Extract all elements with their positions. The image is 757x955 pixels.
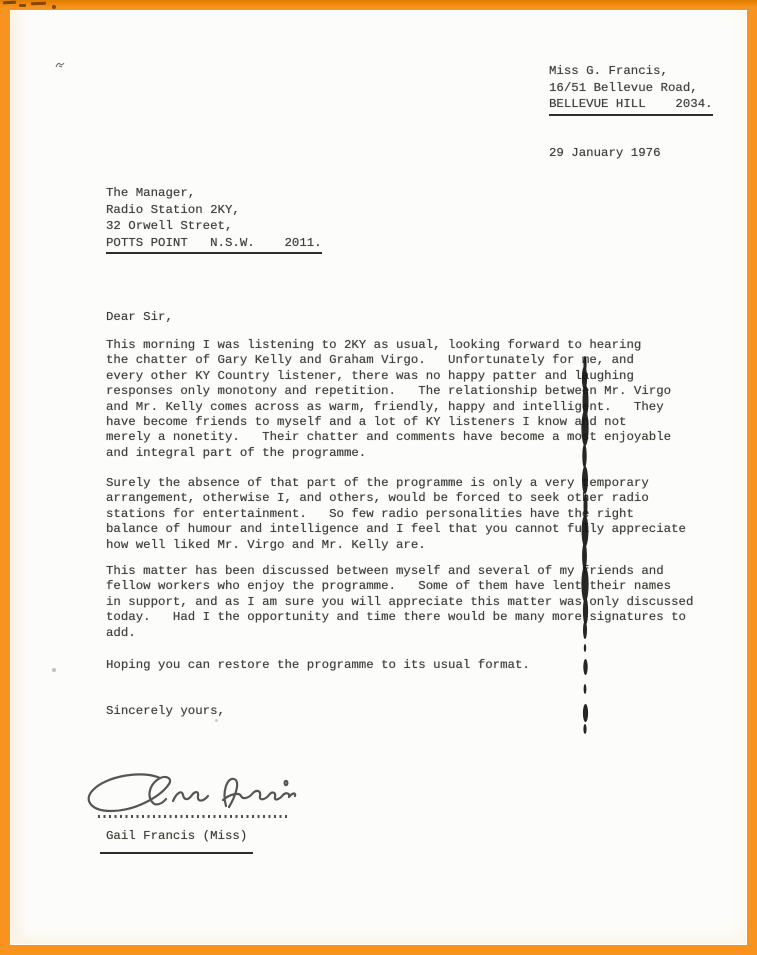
recipient-street: 32 Orwell Street,	[106, 219, 232, 233]
recipient-title: The Manager,	[106, 186, 195, 200]
closing: Sincerely yours,	[106, 704, 225, 719]
scan-smudge	[3, 1, 16, 5]
typed-signature-name: Gail Francis (Miss)	[106, 829, 247, 844]
scan-speck	[215, 719, 218, 722]
recipient-address: The Manager, Radio Station 2KY, 32 Orwel…	[106, 185, 322, 254]
ink-streak-artifact	[576, 356, 594, 736]
scan-smudge	[52, 5, 56, 9]
scan-border-frame: Miss G. Francis, 16/51 Bellevue Road, BE…	[0, 0, 757, 955]
salutation: Dear Sir,	[106, 310, 173, 325]
signature-dotted-line	[98, 815, 288, 818]
scan-smudge	[31, 2, 46, 6]
letter-page: Miss G. Francis, 16/51 Bellevue Road, BE…	[10, 10, 747, 945]
body-paragraph-3: This matter has been discussed between m…	[106, 564, 693, 641]
recipient-org: Radio Station 2KY,	[106, 203, 240, 217]
scan-speck	[52, 668, 56, 672]
scan-smudge	[19, 4, 26, 7]
body-paragraph-4: Hoping you can restore the programme to …	[106, 658, 530, 673]
letter-date: 29 January 1976	[549, 146, 661, 161]
signature-underline	[100, 852, 253, 854]
sender-suburb: BELLEVUE HILL 2034.	[549, 96, 713, 116]
sender-street: 16/51 Bellevue Road,	[549, 81, 698, 95]
scan-speck	[55, 60, 67, 69]
body-paragraph-2: Surely the absence of that part of the p…	[106, 476, 686, 553]
sender-address: Miss G. Francis, 16/51 Bellevue Road, BE…	[549, 63, 713, 116]
recipient-suburb: POTTS POINT N.S.W. 2011.	[106, 235, 322, 255]
sender-name: Miss G. Francis,	[549, 64, 668, 78]
